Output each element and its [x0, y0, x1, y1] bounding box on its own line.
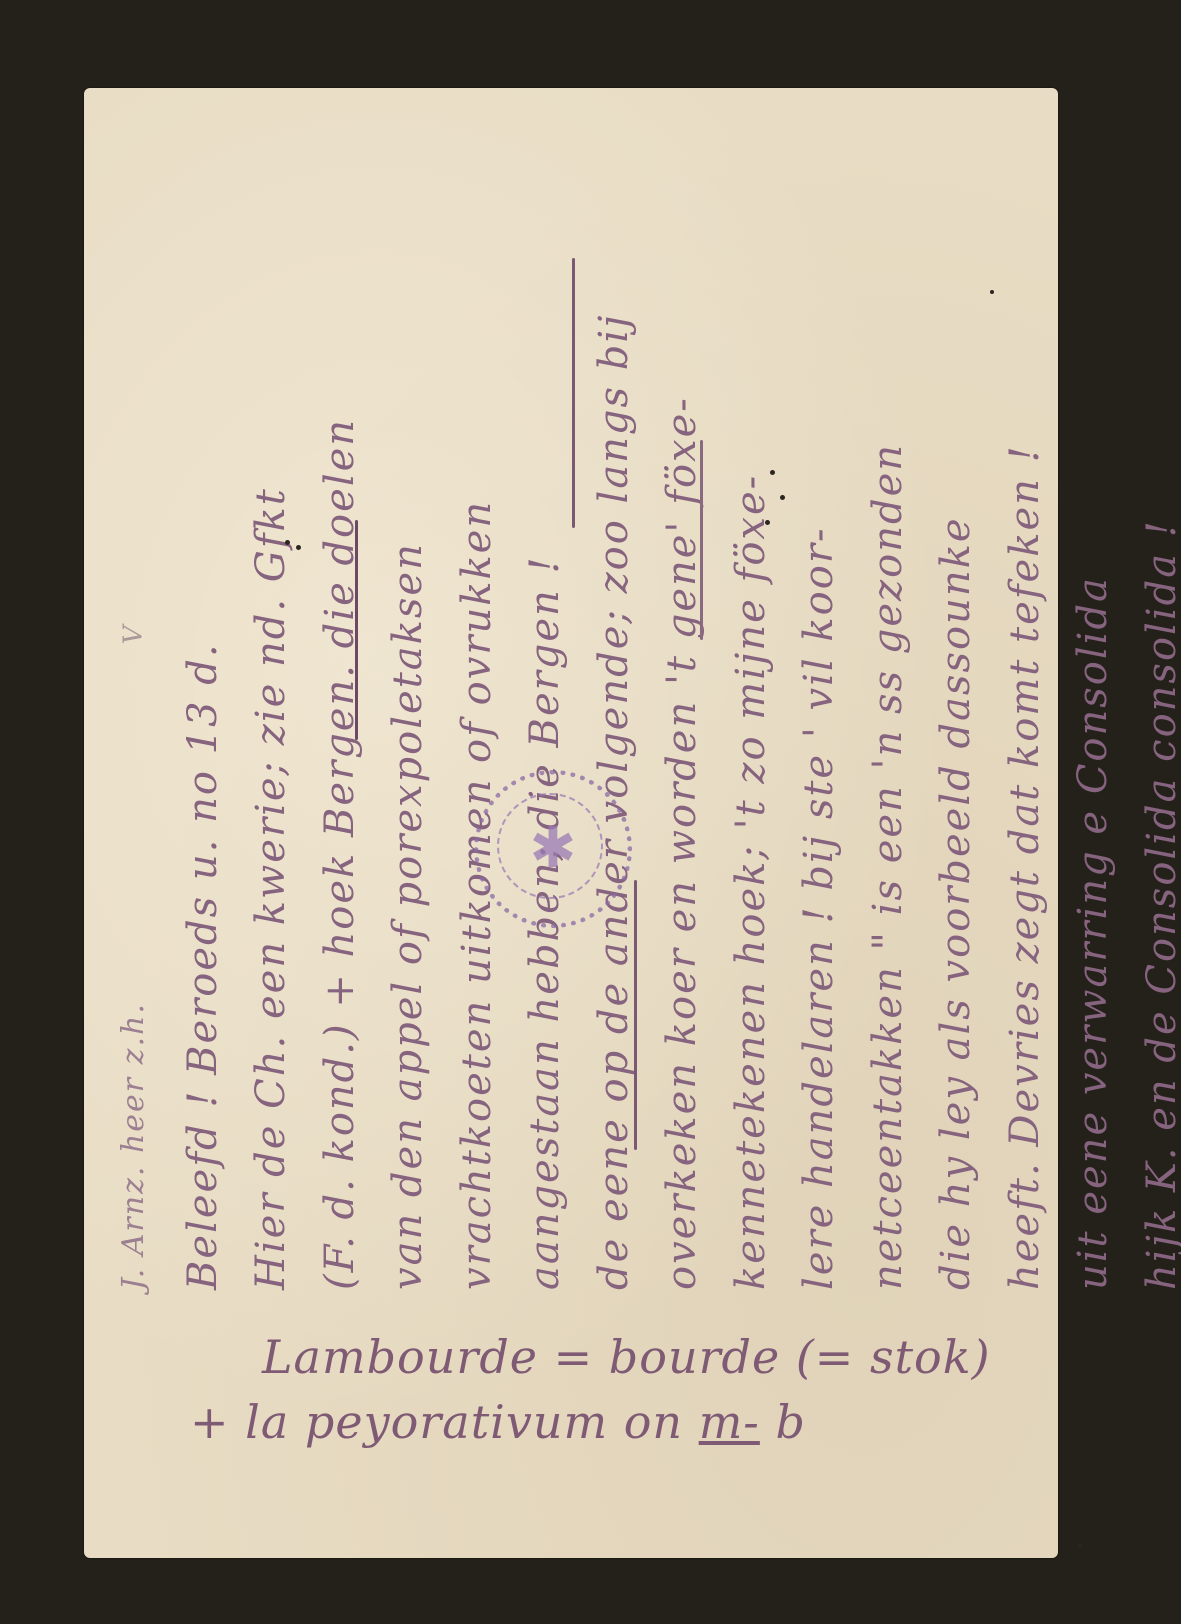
rotated-handwriting-block: J. Arnz. heer z.h. Beleefd ! Beroeds u. …: [100, 100, 1181, 1290]
underline-stroke: [634, 880, 637, 1150]
handwritten-line: overkeken koer en worden 't gene' föxe-: [648, 100, 717, 1290]
handwritten-line: lere handelaren ! bij ste ' vil koor-: [785, 100, 854, 1290]
handwritten-line: heeft. Devries zegt dat komt tefeken !: [991, 100, 1060, 1290]
handwritten-line: J. Arnz. heer z.h.: [100, 100, 169, 1290]
handwritten-line: Beleefd ! Beroeds u. no 13 d.: [169, 100, 238, 1290]
handwritten-line: Hier de Ch. een kwerie; zie nd. Gfkt: [237, 100, 306, 1290]
bottom-note-suffix: b: [760, 1395, 806, 1449]
handwritten-line: die hy ley als voorbeeld dassounke: [922, 100, 991, 1290]
postmark-stamp: ✱: [474, 770, 632, 928]
handwritten-line: kennetekenen hoek; 't zo mijne föxe-: [717, 100, 786, 1290]
underline-stroke: [700, 440, 703, 640]
handwritten-line: aangestaan hebben; die Bergen !: [511, 100, 580, 1290]
handwritten-line: netceentakken " is een 'n ss gezonden: [854, 100, 923, 1290]
handwritten-line: uit eene verwarring e Consolida: [1059, 100, 1128, 1290]
handwritten-line: de eene op de ander volgende; zoo langs …: [580, 100, 649, 1290]
bottom-note-line-1: Lambourde = bourde (= stok): [262, 1330, 991, 1384]
handwritten-line: van den appel of porexpoletaksen: [374, 100, 443, 1290]
underline-stroke: [355, 520, 358, 740]
bottom-note-line-2: + la peyorativum on m- b: [190, 1395, 806, 1449]
handwritten-line: vrachtkoeten uitkomen of ovrukken: [443, 100, 512, 1290]
stamp-emblem-icon: ✱: [479, 775, 627, 923]
handwritten-line: hijk K. en de Consolida consolida !: [1128, 100, 1181, 1290]
underline-stroke: [572, 258, 575, 528]
bottom-note-underlined: m-: [699, 1395, 760, 1449]
handwritten-line: (F. d. kond.) + hoek Bergen. die doelen: [306, 100, 375, 1290]
bottom-note-prefix: + la peyorativum on: [190, 1395, 699, 1449]
